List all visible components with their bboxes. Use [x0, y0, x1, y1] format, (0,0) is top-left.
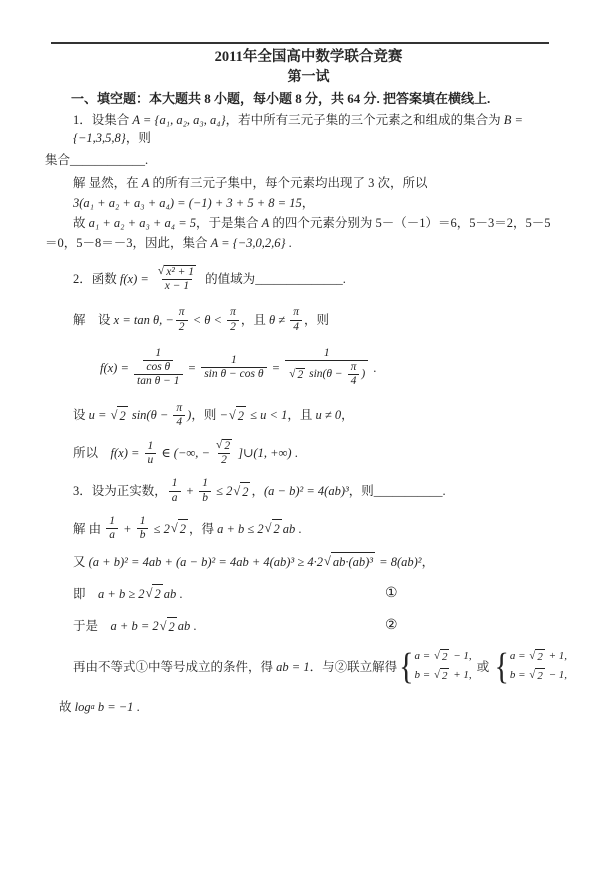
- math-run: u: [148, 454, 154, 467]
- denominator: u: [145, 453, 157, 467]
- fraction: 1cos θtan θ − 1: [134, 347, 182, 389]
- math-run: 1: [172, 477, 178, 490]
- math-run: a =: [510, 649, 528, 665]
- problem2-statement: 2．函数 f(x) = √x² + 1x − 1 的值域为___________…: [45, 265, 572, 293]
- square-root: √x² + 1: [158, 265, 196, 279]
- text-run: .: [190, 617, 196, 635]
- numerator: 1: [152, 347, 164, 360]
- math-run: 1: [109, 515, 115, 528]
- math-run: 2: [537, 669, 543, 685]
- fraction: 1sin θ − cos θ: [201, 354, 266, 381]
- radicand: 2: [222, 439, 232, 453]
- text-run: 2．函数: [73, 270, 120, 288]
- math-run: 4: [176, 416, 182, 429]
- square-root: √2: [160, 617, 177, 636]
- math-run: tan θ − 1: [137, 375, 179, 388]
- numerator: √2: [212, 439, 236, 453]
- fraction: √x² + 1x − 1: [154, 265, 200, 293]
- cases-group: {a = √2 − 1,b = √2 + 1,: [399, 649, 472, 685]
- square-root: √2: [529, 649, 545, 666]
- radicand: ab·(ab)³: [331, 552, 375, 571]
- fraction: π4: [173, 402, 185, 429]
- math-run: 1: [202, 477, 208, 490]
- text-run: 的值域为: [202, 270, 255, 288]
- radicand: 2: [272, 519, 282, 538]
- numerator: 1: [137, 515, 149, 528]
- text-run: 再由不等式①中等号成立的条件，得: [73, 658, 276, 676]
- cases-line: b = √2 − 1,: [510, 668, 567, 685]
- math-run: +: [120, 520, 135, 538]
- radical-icon: √: [146, 584, 153, 603]
- text-run: ，: [302, 196, 315, 210]
- text-run: 的所有三元子集中，每个元素均出现了 3 次，所以: [149, 176, 427, 190]
- text-run: 的四个元素分别为 5－（－1）＝6，5－3＝2，5－5: [269, 216, 550, 230]
- denominator: 2: [218, 453, 230, 467]
- numerator: 1cos θ: [138, 347, 178, 374]
- solution3-line5: 再由不等式①中等号成立的条件，得 ab = 1．与②联立解得{a = √2 − …: [45, 649, 572, 685]
- radicand: x² + 1: [164, 265, 196, 279]
- square-root: √2: [146, 584, 163, 603]
- radical-icon: √: [233, 482, 240, 501]
- solution3-equation2: 于是 a + b = 2√2ab .②: [45, 617, 572, 636]
- denominator: 2: [176, 320, 188, 334]
- math-run: a =: [415, 649, 433, 665]
- math-run: 2: [179, 321, 185, 334]
- math-run: 4: [351, 375, 357, 388]
- text-run: 解 显然，在: [73, 176, 142, 190]
- math-run: 2: [442, 669, 448, 685]
- denominator: 4: [173, 415, 185, 429]
- radical-icon: √: [111, 406, 118, 425]
- solution3-line1: 解 由 1a + 1b ≤ 2√2，得 a + b ≤ 2√2ab .: [45, 515, 572, 542]
- math-run: ≤ 2: [150, 520, 169, 538]
- square-root: √2: [233, 482, 250, 501]
- text-run: ，则: [126, 131, 151, 145]
- text-run: ，则: [304, 311, 329, 329]
- numerator: π: [290, 306, 302, 319]
- math-run: < θ <: [190, 311, 226, 329]
- math-run: (a + b)² = 4ab + (a − b)² = 4ab + 4(ab)³…: [89, 553, 323, 571]
- math-run: x − 1: [165, 280, 189, 293]
- text-run: 即: [73, 585, 98, 603]
- solution1-line1: 解 显然，在 A 的所有三元子集中，每个元素均出现了 3 次，所以: [45, 174, 572, 192]
- square-root: √2: [171, 519, 188, 538]
- left-brace-icon: {: [399, 650, 413, 684]
- math-run: 2: [224, 440, 230, 453]
- math-run: b: [140, 529, 146, 542]
- text-run: ，则: [191, 406, 219, 424]
- equation-tag: ②: [385, 616, 398, 636]
- math-run: − 1,: [546, 668, 567, 684]
- numerator: π: [348, 361, 360, 374]
- text-run: ，若中所有三元子集的三个元素之和组成的集合为: [226, 113, 504, 127]
- fraction: 1a: [106, 515, 118, 542]
- math-run: log: [75, 698, 91, 716]
- math-run: + 1,: [450, 668, 471, 684]
- fraction: 1√2 sin(θ − π4): [285, 347, 368, 389]
- radicand: 2: [178, 519, 188, 538]
- problem1-statement: 1．设集合 A = {a₁, a₂, a₃, a₄}，若中所有三元子集的三个元素…: [45, 111, 572, 147]
- text-run: ＝0，5－8＝－3，因此，集合: [45, 236, 211, 250]
- math-run: 2: [274, 520, 280, 538]
- math-run: 2: [154, 585, 160, 603]
- math-run: =: [269, 359, 284, 377]
- denominator: b: [137, 528, 149, 542]
- math-run: π: [176, 402, 182, 415]
- math-run: ∈ (−∞, −: [158, 444, 210, 462]
- math-run: π: [293, 306, 299, 319]
- problem3-statement: 3．设为正实数，1a + 1b ≤ 2√2，(a − b)² = 4(ab)³，…: [45, 477, 572, 504]
- math-run: 2: [442, 650, 448, 666]
- problem1-answer-blank: 集合____________.: [45, 151, 572, 169]
- square-root: √2: [434, 649, 450, 666]
- math-run: 2: [221, 454, 227, 467]
- math-run: 4: [293, 321, 299, 334]
- denominator: sin θ − cos θ: [201, 367, 266, 381]
- square-root: √2: [229, 406, 246, 425]
- numerator: 1: [228, 354, 240, 367]
- denominator: a: [169, 491, 181, 505]
- math-run: u ≠ 0: [315, 406, 341, 424]
- radicand: 2: [152, 584, 162, 603]
- text-run: ，得: [189, 520, 217, 538]
- math-run: a + b = 2: [111, 617, 159, 635]
- math-run: b =: [510, 668, 528, 684]
- text-run: ，且: [287, 406, 315, 424]
- text-run: 故: [73, 216, 89, 230]
- fraction: 1b: [199, 477, 211, 504]
- section-heading: 一、填空题：本大题共 8 小题，每小题 8 分，共 64 分. 把答案填在横线上…: [45, 90, 572, 109]
- denominator: 4: [290, 320, 302, 334]
- text-run: ______________.: [255, 270, 346, 288]
- solution3-line2: 又 (a + b)² = 4ab + (a − b)² = 4ab + 4(ab…: [45, 552, 572, 571]
- fraction: 1u: [145, 440, 157, 467]
- math-run: A = {a₁, a₂, a₃, a₄}: [132, 113, 225, 127]
- math-run: +: [183, 482, 198, 500]
- math-run: 2: [119, 407, 125, 425]
- text-run: ，: [251, 482, 264, 500]
- text-run: 设: [73, 406, 89, 424]
- math-run: 2: [169, 618, 175, 636]
- math-run: x = tan θ, −: [114, 311, 174, 329]
- numerator: 1: [145, 440, 157, 453]
- document-page: 2011年全国高中数学联合竞赛 第一试 一、填空题：本大题共 8 小题，每小题 …: [0, 0, 610, 871]
- math-run: sin θ − cos θ: [204, 368, 263, 381]
- denominator: x − 1: [162, 279, 192, 293]
- math-run: a₁ + a₂ + a₃ + a₄ = 5: [89, 216, 196, 230]
- text-run: ，于是集合: [196, 216, 262, 230]
- text-run: 集合: [45, 153, 70, 167]
- fraction: 1a: [169, 477, 181, 504]
- math-run: 2: [180, 520, 186, 538]
- math-run: ]∪(1, +∞): [238, 444, 292, 462]
- math-run: a: [172, 492, 178, 505]
- text-run: 或: [474, 658, 493, 676]
- denominator: b: [199, 491, 211, 505]
- math-run: ≤ u < 1: [247, 406, 287, 424]
- cases-line: a = √2 − 1,: [415, 649, 472, 666]
- math-run: − 1,: [450, 649, 471, 665]
- square-root: √ab·(ab)³: [324, 552, 375, 571]
- math-run: 3(a₁ + a₂ + a₃ + a₄) = (−1) + 3 + 5 + 8 …: [73, 196, 302, 210]
- radicand: 2: [535, 649, 545, 666]
- numerator: 1: [199, 477, 211, 490]
- radical-icon: √: [324, 552, 331, 571]
- text-run: 故: [59, 698, 75, 716]
- math-run: =: [185, 359, 200, 377]
- math-run: 2: [298, 369, 304, 382]
- fraction: √22: [212, 439, 236, 467]
- text-run: .: [176, 585, 182, 603]
- fraction: π4: [290, 306, 302, 333]
- square-root: √2: [529, 668, 545, 685]
- radicand: 2: [117, 406, 127, 425]
- square-root: √2: [434, 668, 450, 685]
- math-run: 2: [230, 321, 236, 334]
- square-root: √2: [216, 439, 232, 453]
- denominator: √2 sin(θ − π4): [285, 360, 368, 388]
- numerator: 1: [321, 347, 333, 360]
- cases-body: a = √2 + 1,b = √2 − 1,: [510, 649, 567, 685]
- text-run: 于是: [73, 617, 111, 635]
- radicand: 2: [440, 649, 450, 666]
- square-root: √2: [289, 368, 305, 382]
- math-run: ab: [164, 585, 177, 603]
- radicand: 2: [240, 482, 250, 501]
- cases-body: a = √2 − 1,b = √2 + 1,: [415, 649, 472, 685]
- math-run: = 8(ab)²: [376, 553, 422, 571]
- math-run: π: [351, 361, 357, 374]
- solution3-equation1: 即 a + b ≥ 2√2ab .①: [45, 584, 572, 603]
- text-run: 解 设: [73, 311, 114, 329]
- math-run: 1: [155, 347, 161, 360]
- math-run: −: [219, 406, 227, 424]
- math-run: b = −1: [95, 698, 134, 716]
- math-run: ab·(ab)³: [333, 553, 373, 571]
- page-subtitle: 第一试: [45, 68, 572, 88]
- denominator: 4: [348, 374, 360, 388]
- solution1-line4: ＝0，5－8＝－3，因此，集合 A = {−3,0,2,6} .: [45, 234, 572, 252]
- fraction: π2: [176, 306, 188, 333]
- fraction: π2: [227, 306, 239, 333]
- math-run: ab: [178, 617, 191, 635]
- math-run: cos θ: [146, 361, 170, 374]
- math-run: b: [202, 492, 208, 505]
- equation-tag: ①: [385, 584, 398, 604]
- text-run: 1．设集合: [73, 113, 132, 127]
- text-run: 解 由: [73, 520, 104, 538]
- math-run: 2: [242, 483, 248, 501]
- math-run: 1: [324, 347, 330, 360]
- radicand: 2: [535, 668, 545, 685]
- text-run: .: [295, 520, 301, 538]
- solution3-line6: 故 loga b = −1 .: [45, 698, 572, 716]
- text-run: .: [370, 359, 376, 377]
- math-run: a: [109, 529, 115, 542]
- text-run: ，: [422, 553, 435, 571]
- page-title: 2011年全国高中数学联合竞赛: [45, 47, 572, 68]
- math-run: π: [179, 306, 185, 319]
- text-run: 所以: [73, 444, 111, 462]
- math-run: f(x) =: [111, 444, 143, 462]
- radicand: 2: [296, 368, 306, 382]
- fraction: π4: [348, 361, 360, 388]
- math-run: x² + 1: [166, 266, 194, 279]
- text-run: 3．设为正实数，: [73, 482, 167, 500]
- numerator: 1: [169, 477, 181, 490]
- math-run: u =: [89, 406, 110, 424]
- radical-icon: √: [171, 519, 178, 538]
- text-run: .: [292, 444, 298, 462]
- numerator: π: [173, 402, 185, 415]
- cases-line: a = √2 + 1,: [510, 649, 567, 666]
- math-run: 2: [537, 650, 543, 666]
- radical-icon: √: [265, 519, 272, 538]
- numerator: 1: [106, 515, 118, 528]
- left-brace-icon: {: [494, 650, 508, 684]
- numerator: √x² + 1: [154, 265, 200, 279]
- top-rule: [51, 42, 549, 44]
- denominator: cos θ: [143, 360, 173, 374]
- solution2-line4: 所以 f(x) = 1u ∈ (−∞, −√22]∪(1, +∞) .: [45, 439, 572, 467]
- solution1-line3: 故 a₁ + a₂ + a₃ + a₄ = 5，于是集合 A 的四个元素分别为 …: [45, 214, 572, 232]
- math-run: π: [230, 306, 236, 319]
- denominator: 2: [227, 320, 239, 334]
- denominator: a: [106, 528, 118, 542]
- math-run: 1: [148, 440, 154, 453]
- radicand: 2: [236, 406, 246, 425]
- math-run: a + b ≤ 2: [217, 520, 264, 538]
- denominator: tan θ − 1: [134, 374, 182, 388]
- radicand: 2: [167, 617, 177, 636]
- fraction: 1cos θ: [143, 347, 173, 374]
- radicand: 2: [440, 668, 450, 685]
- numerator: π: [227, 306, 239, 319]
- math-run: 1: [231, 354, 237, 367]
- math-run: 1: [140, 515, 146, 528]
- math-run: ≤ 2: [213, 482, 232, 500]
- math-run: θ ≠: [269, 311, 288, 329]
- math-run: ): [361, 368, 365, 381]
- math-run: b =: [415, 668, 433, 684]
- radical-icon: √: [160, 617, 167, 636]
- math-run: ab = 1: [276, 658, 309, 676]
- text-run: ，: [341, 406, 354, 424]
- math-run: + 1,: [546, 649, 567, 665]
- numerator: π: [176, 306, 188, 319]
- square-root: √2: [265, 519, 282, 538]
- text-run: .: [286, 236, 292, 250]
- text-run: ___________.: [374, 482, 446, 500]
- math-run: A = {−3,0,2,6}: [211, 236, 286, 250]
- math-run: f(x) =: [120, 270, 152, 288]
- document-body: 1．设集合 A = {a₁, a₂, a₃, a₄}，若中所有三元子集的三个元素…: [45, 111, 572, 716]
- text-run: ．与②联立解得: [310, 658, 398, 676]
- math-run: f(x) =: [100, 359, 132, 377]
- solution1-line2: 3(a₁ + a₂ + a₃ + a₄) = (−1) + 3 + 5 + 8 …: [45, 194, 572, 212]
- text-run: .: [133, 698, 139, 716]
- text-run: 又: [73, 553, 89, 571]
- math-run: a + b ≥ 2: [98, 585, 145, 603]
- square-root: √2: [111, 406, 128, 425]
- solution2-line1: 解 设 x = tan θ, −π2 < θ < π2，且 θ ≠ π4，则: [45, 306, 572, 333]
- text-run: ____________.: [70, 153, 148, 167]
- cases-line: b = √2 + 1,: [415, 668, 472, 685]
- solution2-line3: 设 u = √2 sin(θ − π4)，则 −√2 ≤ u < 1，且 u ≠…: [45, 402, 572, 429]
- fraction: 1b: [137, 515, 149, 542]
- cases-group: {a = √2 + 1,b = √2 − 1,: [494, 649, 567, 685]
- radical-icon: √: [229, 406, 236, 425]
- math-run: sin(θ −: [306, 368, 345, 381]
- text-run: ，则: [349, 482, 374, 500]
- text-run: ，且: [241, 311, 269, 329]
- solution2-main-formula: f(x) = 1cos θtan θ − 1 = 1sin θ − cos θ …: [45, 347, 572, 389]
- math-run: ab: [283, 520, 296, 538]
- math-run: 2: [238, 407, 244, 425]
- math-run: (a − b)² = 4(ab)³: [264, 482, 349, 500]
- math-run: sin(θ −: [129, 406, 172, 424]
